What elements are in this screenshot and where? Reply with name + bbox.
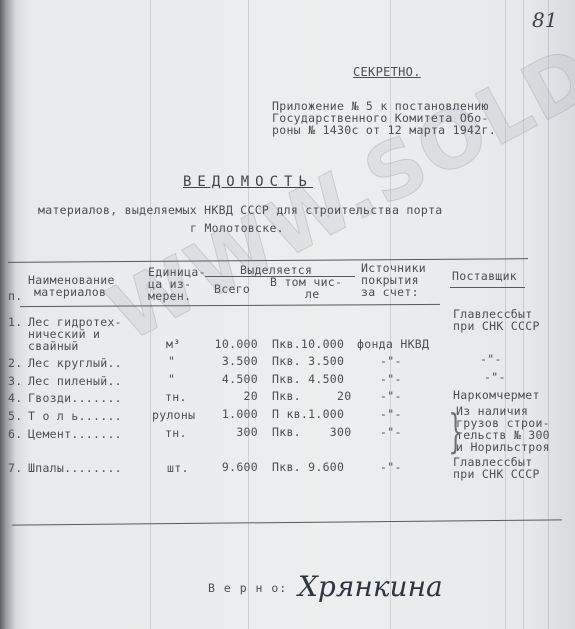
- row-name: Гвозди.......: [28, 392, 122, 404]
- row-unit: шт.: [167, 462, 189, 474]
- row-total: 9.600: [208, 461, 258, 473]
- row-name: свайный: [28, 340, 79, 352]
- row-num: 4.: [8, 392, 22, 404]
- row-supplier: Наркомчермет: [453, 389, 540, 401]
- row-source: -"-: [380, 426, 402, 438]
- row-supplier: -"-: [480, 353, 502, 365]
- row-of-which: Пкв. 300: [272, 426, 351, 438]
- row-name: Т о л ь......: [28, 410, 122, 422]
- classification-stamp: СЕКРЕТНО.: [353, 66, 421, 78]
- row-num: 2.: [8, 357, 22, 369]
- row-total: 3.500: [208, 355, 258, 367]
- row-total: 4.500: [208, 373, 258, 385]
- row-total: 1.000: [208, 408, 258, 420]
- row-name: Лес круглый..: [28, 357, 122, 369]
- row-source: -"-: [380, 461, 402, 473]
- col-header-unit-3: мерен.: [148, 290, 191, 302]
- row-source: -"-: [380, 408, 402, 420]
- row-unit: ": [168, 373, 175, 385]
- certified-label: В е р н о:: [208, 582, 287, 594]
- row-unit: тн.: [165, 391, 187, 403]
- col-header-sources-3: за счет:: [361, 286, 419, 298]
- row-supplier: -"-: [484, 371, 506, 383]
- row-source: -"-: [380, 373, 402, 385]
- table-bottom-rule: [12, 519, 562, 525]
- row-source: -"-: [380, 355, 402, 367]
- subtitle-line-1: материалов, выделяемых НКВД СССР для стр…: [38, 204, 443, 216]
- row-source: -"-: [380, 390, 402, 402]
- row-num: 1.: [8, 316, 22, 328]
- supplier-header-rule: [450, 287, 525, 288]
- row-name: Лес пиленый..: [28, 375, 122, 387]
- row-of-which: Пкв.10.000: [272, 338, 344, 350]
- row-num: 7.: [8, 462, 22, 474]
- bracket-brace: }: [448, 408, 463, 454]
- row-num: 3.: [8, 375, 22, 387]
- row-total: 300: [208, 426, 258, 438]
- col-header-supplier: Поставщик: [452, 270, 517, 282]
- row-unit: ": [168, 355, 175, 367]
- row-of-which: Пкв. 9.600: [272, 461, 344, 473]
- col-header-name-2: материалов: [34, 286, 106, 298]
- page-number: 81: [532, 8, 557, 32]
- row-unit: м³: [166, 338, 180, 350]
- row-unit: тн.: [165, 427, 187, 439]
- row-name: Цемент.......: [28, 428, 122, 440]
- row-of-which: Пкв. 20: [272, 390, 351, 402]
- col-header-of-which-2: ле: [305, 288, 319, 300]
- document-title: ВЕДОМОСТЬ: [183, 176, 313, 188]
- row-supplier: при СНК СССР: [453, 320, 540, 332]
- row-supplier: при СНК СССР: [453, 468, 540, 480]
- row-of-which: Пкв. 4.500: [272, 373, 344, 385]
- col-header-total: Всего: [214, 283, 250, 295]
- row-total: 10.000: [208, 338, 258, 350]
- col-header-num: п.: [8, 290, 22, 302]
- signature: Хрянкина: [298, 570, 443, 603]
- row-of-which: Пкв. 3.500: [272, 355, 344, 367]
- row-source: фонда НКВД: [357, 338, 429, 350]
- row-num: 5.: [8, 410, 22, 422]
- document-page: WWW.SOLDAT.RU 81 СЕКРЕТНО. Приложение № …: [0, 0, 575, 629]
- row-unit: рулоны: [152, 409, 195, 421]
- row-name: Шпалы........: [28, 462, 122, 474]
- row-total: 20: [208, 390, 258, 402]
- row-of-which: П кв.1.000: [272, 408, 344, 420]
- appendix-line-3: роны № 1430с от 12 марта 1942г.: [272, 124, 496, 136]
- row-num: 6.: [8, 428, 22, 440]
- subtitle-line-2: г Молотовске.: [190, 222, 284, 234]
- row-supplier: и Норильстроя: [456, 441, 550, 453]
